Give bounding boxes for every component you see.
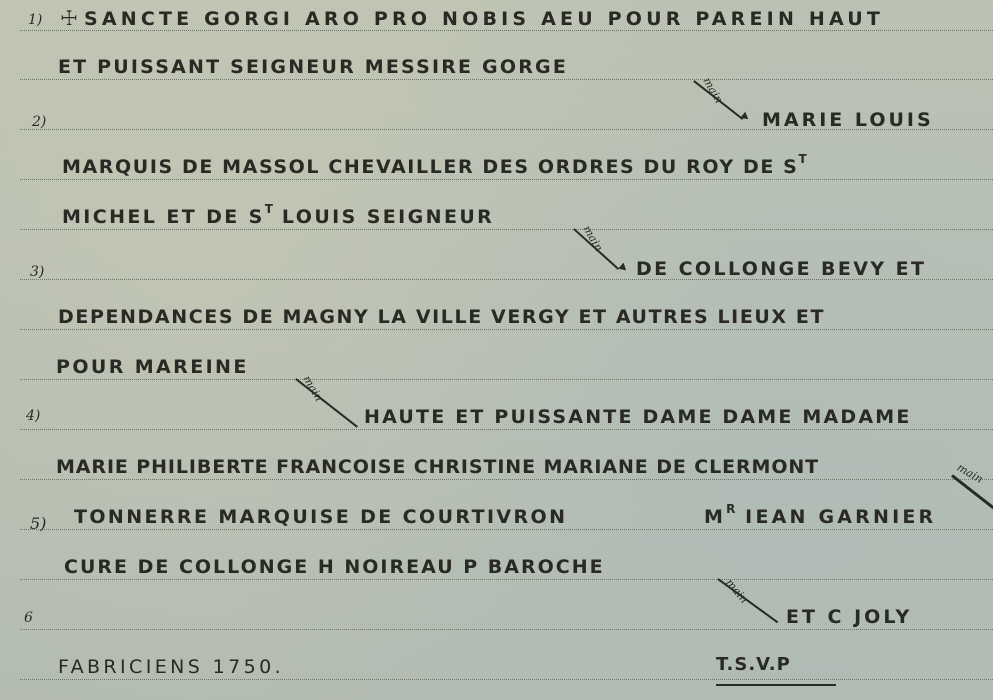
line-6: DE COLLONGE BEVY ET — [636, 258, 926, 280]
tsvp-underline — [716, 684, 836, 686]
line-10: MARIE PHILIBERTE FRANCOISE CHRISTINE MAR… — [56, 456, 819, 478]
line-2: ET PUISSANT SEIGNEUR MESSIRE GORGE — [58, 56, 568, 78]
ruled-line — [20, 379, 993, 380]
line-3: MARIE LOUIS — [762, 109, 934, 131]
cross-icon: ☩ — [60, 6, 78, 30]
ruled-line — [20, 529, 993, 530]
line-4: MARQUIS DE MASSOL CHEVAILLER DES ORDRES … — [62, 156, 807, 178]
ruled-line — [20, 429, 993, 430]
margin-number-2: 2) — [32, 114, 46, 130]
ruled-line — [20, 329, 993, 330]
margin-number-4: 4) — [26, 408, 40, 424]
tsvp-note: T.S.V.P — [716, 654, 791, 675]
ruled-line — [20, 629, 993, 630]
margin-number-3: 3) — [30, 264, 44, 280]
ruled-line — [20, 679, 993, 680]
line-14: FABRICIENS 1750. — [58, 656, 284, 678]
line-12: CURE DE COLLONGE H NOIREAU P BAROCHE — [64, 556, 605, 578]
line-13: ET C JOLY — [786, 606, 912, 628]
line-1: ☩SANCTE GORGI ARO PRO NOBIS AEU POUR PAR… — [60, 6, 884, 30]
ruled-line — [20, 579, 993, 580]
line-11: TONNERRE MARQUISE DE COURTIVRON — [74, 506, 567, 528]
ruled-line — [20, 30, 993, 31]
margin-number-5: 5) — [30, 514, 46, 533]
line-5: MICHEL ET DE ST LOUIS SEIGNEUR — [62, 206, 494, 228]
margin-number-6: 6 — [24, 610, 33, 626]
margin-number-1: 1) — [28, 12, 42, 28]
ruled-line — [20, 479, 993, 480]
ruled-line — [20, 179, 993, 180]
ruled-line — [20, 229, 993, 230]
line-8: POUR MAREINE — [56, 356, 249, 378]
ruled-line — [20, 79, 993, 80]
line-7: DEPENDANCES DE MAGNY LA VILLE VERGY ET A… — [58, 306, 825, 328]
line-9: HAUTE ET PUISSANTE DAME DAME MADAME — [364, 406, 912, 428]
paper-background — [0, 0, 993, 700]
line-11-priest: MR IEAN GARNIER — [704, 506, 936, 528]
